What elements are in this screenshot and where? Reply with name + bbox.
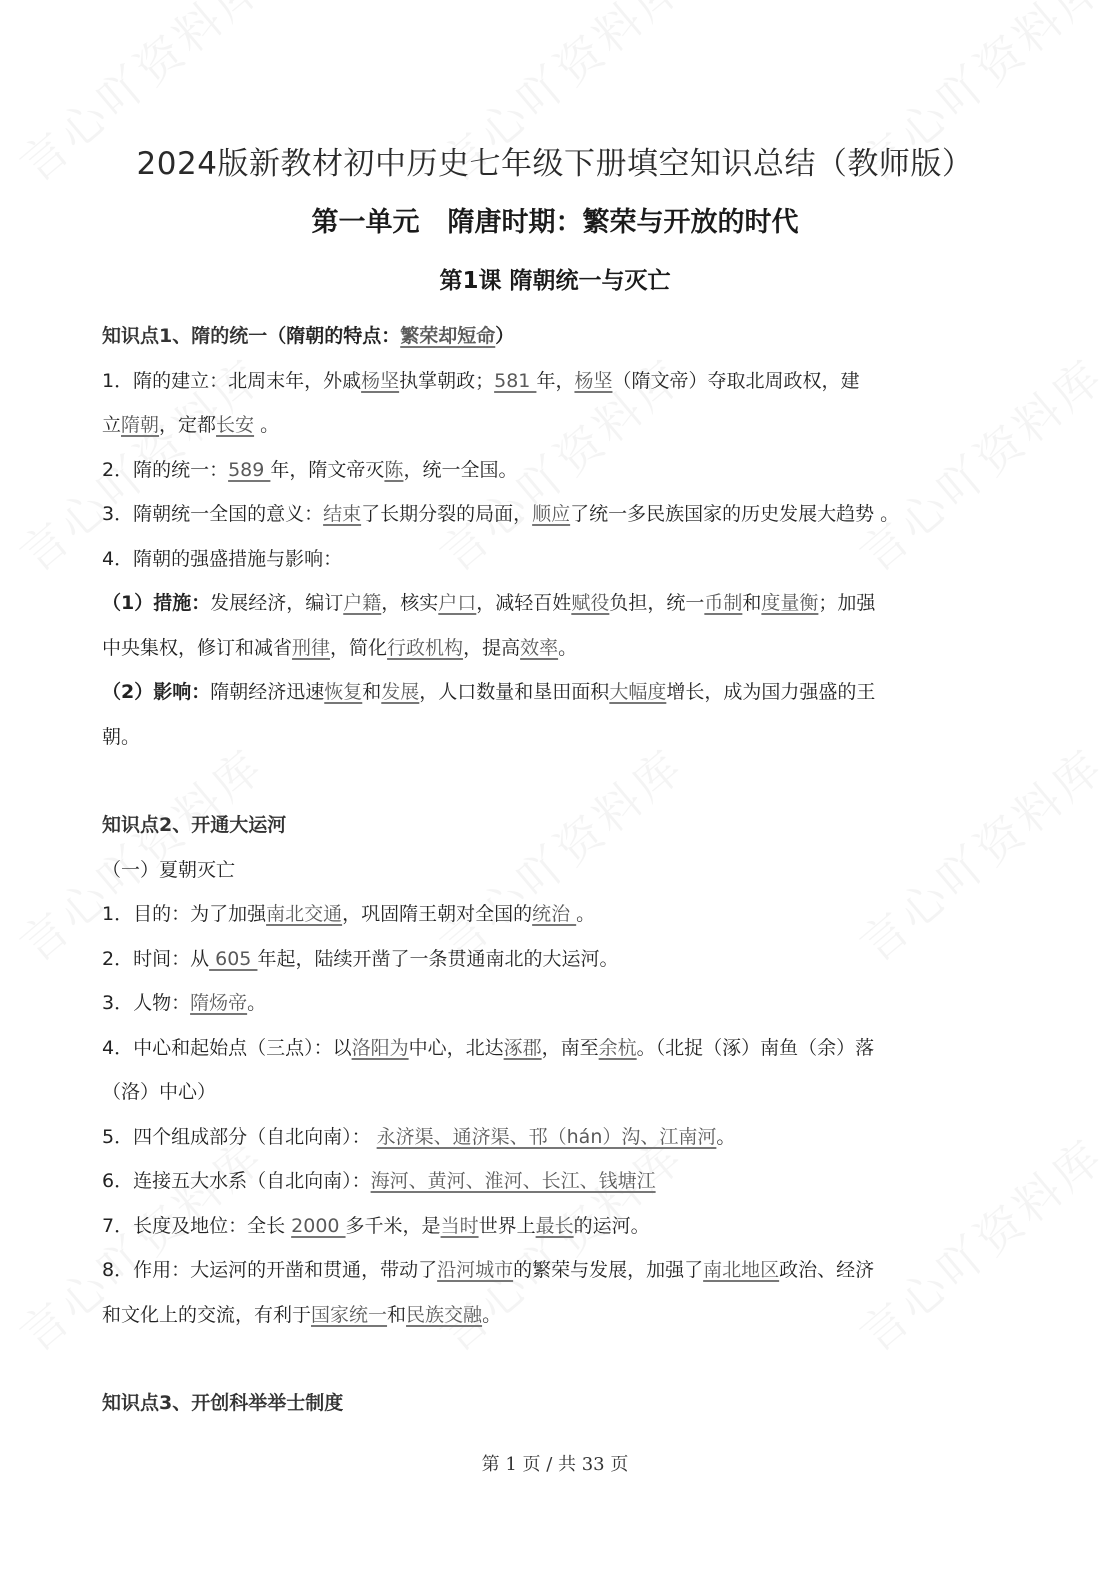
unit-title: 第一单元隋唐时期：繁荣与开放的时代 — [0, 200, 1110, 239]
blank: 结束 — [323, 503, 361, 525]
blank: 刑律 — [292, 637, 330, 659]
blank: 2000 — [291, 1215, 345, 1237]
blank: 国家统一 — [311, 1304, 387, 1326]
kp2-item5: 5．四个组成部分（自北向南）： 永济渠、通济渠、邗（hán）沟、江南河。 — [102, 1115, 1012, 1160]
kp1-item3: 3．隋朝统一全国的意义：结束了长期分裂的局面，顺应了统一多民族国家的历史发展大趋… — [102, 492, 1012, 537]
blank: 行政机构 — [387, 637, 463, 659]
blank: 隋炀帝 — [190, 992, 247, 1014]
kp2-item4: 4．中心和起始点（三点）：以洛阳为中心，北达涿郡，南至余杭。（北捉（涿）南鱼（余… — [102, 1026, 1012, 1071]
blank: 繁荣却短命 — [400, 325, 495, 347]
kp1-item1: 1．隋的建立：北周末年，外戚杨坚执掌朝政；581 年，杨坚（隋文帝）夺取北周政权… — [102, 359, 1012, 404]
kp2-item8-cont: 和文化上的交流，有利于国家统一和民族交融。 — [102, 1293, 1012, 1338]
blank: 度量衡 — [761, 592, 818, 614]
page-number: 第 1 页 / 共 33 页 — [0, 1450, 1110, 1476]
unit-name: 隋唐时期：繁荣与开放的时代 — [448, 207, 799, 238]
kp3-heading: 知识点3、开创科举举士制度 — [102, 1381, 1012, 1426]
blank: 南北地区 — [703, 1259, 779, 1281]
kp2-heading: 知识点2、开通大运河 — [102, 803, 1012, 848]
blank: 杨坚 — [574, 370, 612, 392]
kp2-item6: 6．连接五大水系（自北向南）：海河、黄河、淮河、长江、钱塘江 — [102, 1159, 1012, 1204]
kp1-item4: 4．隋朝的强盛措施与影响： — [102, 537, 1012, 582]
blank: 效率 — [520, 637, 558, 659]
blank: 陈 — [384, 459, 403, 481]
blank: 户口 — [438, 592, 476, 614]
blank: 沿河城市 — [437, 1259, 513, 1281]
kp1-item2: 2．隋的统一：589 年，隋文帝灭陈，统一全国。 — [102, 448, 1012, 493]
kp2-item3: 3．人物：隋炀帝。 — [102, 981, 1012, 1026]
blank: 币制 — [704, 592, 742, 614]
document-body: 知识点1、隋的统一（隋朝的特点：繁荣却短命） 1．隋的建立：北周末年，外戚杨坚执… — [102, 314, 1012, 1426]
kp1-measures: （1）措施：发展经济，编订户籍，核实户口，减轻百姓赋役负担，统一币制和度量衡；加… — [102, 581, 1012, 626]
blank: 杨坚 — [361, 370, 399, 392]
blank: 589 — [228, 459, 270, 481]
document-page: 2024版新教材初中历史七年级下册填空知识总结（教师版） 第一单元隋唐时期：繁荣… — [0, 0, 1110, 1571]
blank: 顺应 — [532, 503, 570, 525]
kp1-impact: （2）影响：隋朝经济迅速恢复和发展，人口数量和垦田面积大幅度增长，成为国力强盛的… — [102, 670, 1012, 715]
blank: 赋役 — [571, 592, 609, 614]
blank: 永济渠、通济渠、邗（hán）沟、江南河 — [377, 1126, 717, 1148]
kp2-item8: 8．作用：大运河的开凿和贯通，带动了沿河城市的繁荣与发展，加强了南北地区政治、经… — [102, 1248, 1012, 1293]
blank: 余杭 — [599, 1037, 637, 1059]
blank: 涿郡 — [504, 1037, 542, 1059]
blank: 605 — [209, 948, 257, 970]
unit-label: 第一单元 — [312, 207, 420, 238]
blank: 民族交融 — [406, 1304, 482, 1326]
blank: 大幅度 — [609, 681, 666, 703]
blank: 当时 — [441, 1215, 479, 1237]
blank: 统治 — [532, 903, 576, 925]
document-title: 2024版新教材初中历史七年级下册填空知识总结（教师版） — [0, 138, 1110, 183]
blank: 南北交通 — [266, 903, 342, 925]
blank: 隋朝 — [121, 414, 159, 436]
blank: 洛阳为 — [352, 1037, 409, 1059]
blank: 581 — [494, 370, 536, 392]
kp1-impact-cont: 朝。 — [102, 715, 1012, 760]
blank: 最长 — [536, 1215, 574, 1237]
kp2-item7: 7．长度及地位：全长 2000 多千米，是当时世界上最长的运河。 — [102, 1204, 1012, 1249]
kp2-item1: 1．目的：为了加强南北交通，巩固隋王朝对全国的统治 。 — [102, 892, 1012, 937]
kp2-subheading: （一）夏朝灭亡 — [102, 848, 1012, 893]
blank: 海河、黄河、淮河、长江、钱塘江 — [371, 1170, 656, 1192]
blank: 长安 — [216, 414, 254, 436]
lesson-title: 第1课 隋朝统一与灭亡 — [0, 262, 1110, 295]
blank: 恢复 — [324, 681, 362, 703]
kp2-item4-cont: （洛）中心） — [102, 1070, 1012, 1115]
blank: 户籍 — [343, 592, 381, 614]
kp1-measures-cont: 中央集权，修订和减省刑律，简化行政机构，提高效率。 — [102, 626, 1012, 671]
kp1-heading: 知识点1、隋的统一（隋朝的特点：繁荣却短命） — [102, 314, 1012, 359]
kp2-item2: 2．时间：从 605 年起，陆续开凿了一条贯通南北的大运河。 — [102, 937, 1012, 982]
blank: 发展 — [381, 681, 419, 703]
kp1-item1-cont: 立隋朝，定都长安 。 — [102, 403, 1012, 448]
